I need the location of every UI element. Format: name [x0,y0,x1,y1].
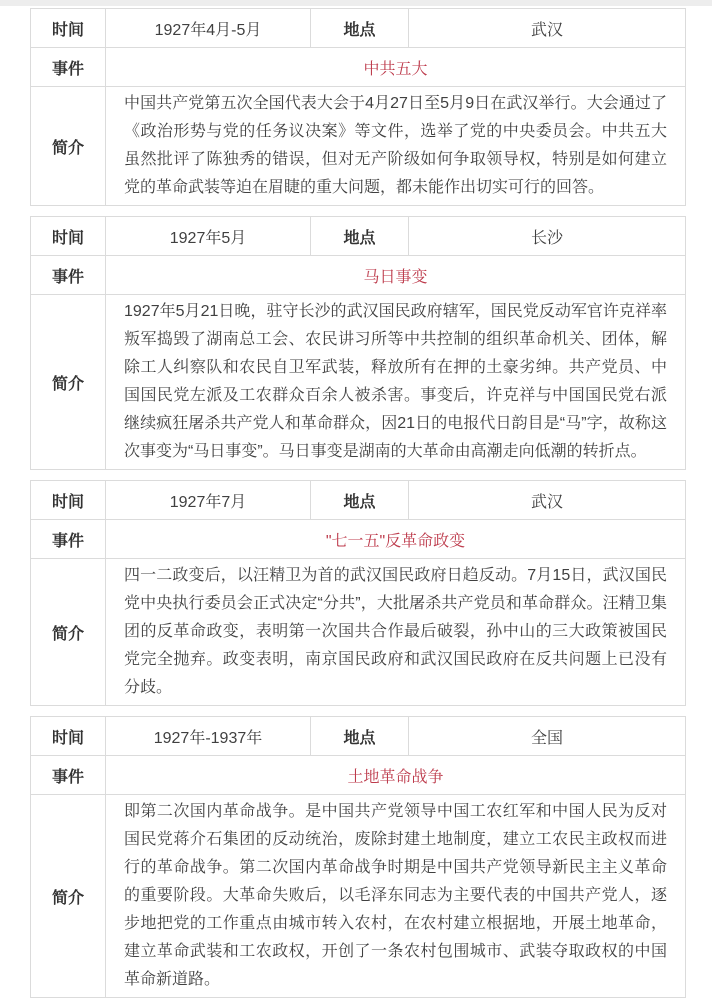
table-row: 事件 土地革命战争 [31,756,686,795]
table-row: 时间 1927年4月-5月 地点 武汉 [31,9,686,48]
place-label: 地点 [311,9,409,48]
table-row: 时间 1927年-1937年 地点 全国 [31,717,686,756]
place-label: 地点 [311,717,409,756]
event-label: 事件 [31,48,106,87]
time-label: 时间 [31,9,106,48]
time-value: 1927年4月-5月 [106,9,311,48]
event-name: 中共五大 [106,48,686,87]
table-row: 简介 1927年5月21日晚，驻守长沙的武汉国民政府辖军，国民党反动军官许克祥率… [31,295,686,470]
place-label: 地点 [311,217,409,256]
event-name: "七一五"反革命政变 [106,520,686,559]
table-row: 时间 1927年7月 地点 武汉 [31,481,686,520]
intro-text: 1927年5月21日晚，驻守长沙的武汉国民政府辖军，国民党反动军官许克祥率叛军捣… [106,295,686,470]
time-value: 1927年5月 [106,217,311,256]
event-label: 事件 [31,256,106,295]
event-name: 马日事变 [106,256,686,295]
intro-label: 简介 [31,295,106,470]
table-row: 简介 即第二次国内革命战争。是中国共产党领导中国工农红军和中国人民为反对国民党蒋… [31,795,686,998]
place-value: 武汉 [409,481,686,520]
time-value: 1927年7月 [106,481,311,520]
table-row: 简介 中国共产党第五次全国代表大会于4月27日至5月9日在武汉举行。大会通过了《… [31,87,686,206]
place-value: 武汉 [409,9,686,48]
history-events-document: 时间 1927年4月-5月 地点 武汉 事件 中共五大 简介 中国共产党第五次全… [0,6,712,998]
time-label: 时间 [31,481,106,520]
intro-text: 中国共产党第五次全国代表大会于4月27日至5月9日在武汉举行。大会通过了《政治形… [106,87,686,206]
place-value: 全国 [409,717,686,756]
place-value: 长沙 [409,217,686,256]
event-label: 事件 [31,756,106,795]
event-table-section-4: 时间 1927年-1937年 地点 全国 事件 土地革命战争 简介 即第二次国内… [30,716,686,998]
table-row: 事件 马日事变 [31,256,686,295]
table-row: 时间 1927年5月 地点 长沙 [31,217,686,256]
place-label: 地点 [311,481,409,520]
event-table-section-1: 时间 1927年4月-5月 地点 武汉 事件 中共五大 简介 中国共产党第五次全… [30,8,686,206]
time-label: 时间 [31,217,106,256]
event-table-section-3: 时间 1927年7月 地点 武汉 事件 "七一五"反革命政变 简介 四一二政变后… [30,480,686,706]
intro-label: 简介 [31,87,106,206]
table-row: 简介 四一二政变后，以汪精卫为首的武汉国民政府日趋反动。7月15日，武汉国民党中… [31,559,686,706]
table-row: 事件 中共五大 [31,48,686,87]
intro-text: 四一二政变后，以汪精卫为首的武汉国民政府日趋反动。7月15日，武汉国民党中央执行… [106,559,686,706]
intro-label: 简介 [31,795,106,998]
event-label: 事件 [31,520,106,559]
table-row: 事件 "七一五"反革命政变 [31,520,686,559]
time-label: 时间 [31,717,106,756]
time-value: 1927年-1937年 [106,717,311,756]
event-name: 土地革命战争 [106,756,686,795]
event-table-section-2: 时间 1927年5月 地点 长沙 事件 马日事变 简介 1927年5月21日晚，… [30,216,686,470]
intro-label: 简介 [31,559,106,706]
intro-text: 即第二次国内革命战争。是中国共产党领导中国工农红军和中国人民为反对国民党蒋介石集… [106,795,686,998]
